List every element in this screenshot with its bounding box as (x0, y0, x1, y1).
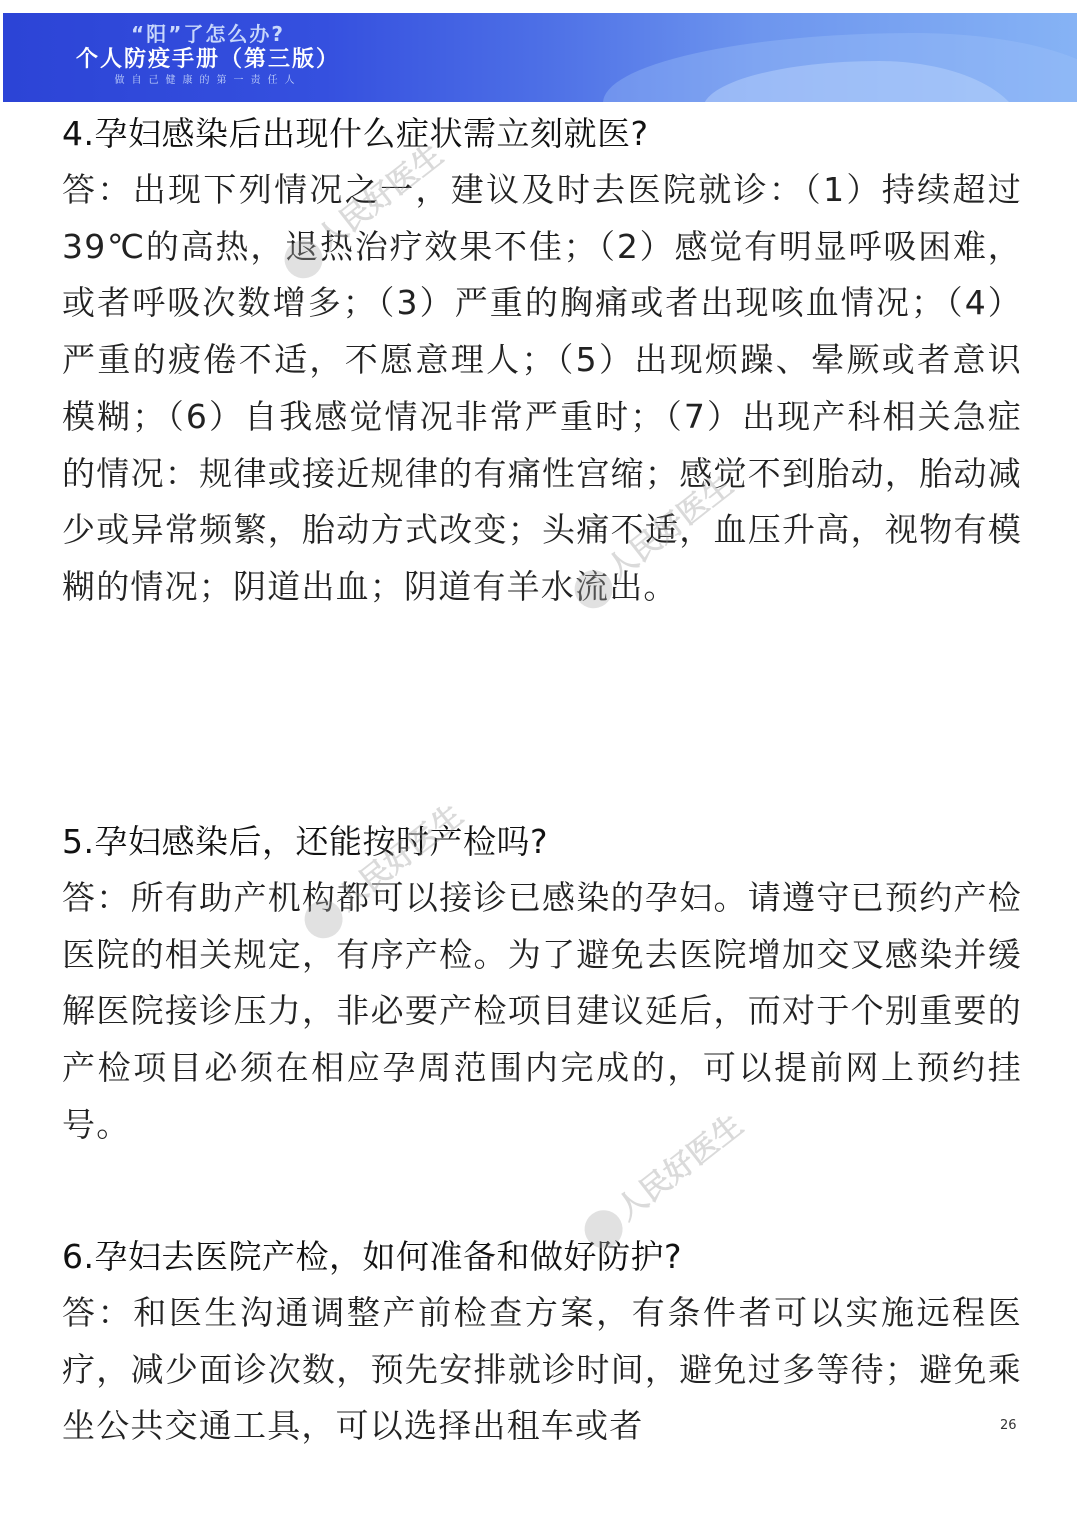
qa-section-4: 4.孕妇感染后出现什么症状需立刻就医? 答：出现下列情况之一，建议及时去医院就诊… (62, 106, 1022, 616)
qa-section-5: 5.孕妇感染后，还能按时产检吗? 答：所有助产机构都可以接诊已感染的孕妇。请遵守… (62, 814, 1022, 1154)
question-title: 5.孕妇感染后，还能按时产检吗? (62, 814, 1022, 870)
banner-text: “阳”了怎么办? 个人防疫手册（第三版） 做自己健康的第一责任人 (58, 13, 358, 88)
banner-title: 个人防疫手册（第三版） (58, 46, 358, 74)
qa-section-6: 6.孕妇去医院产检，如何准备和做好防护? 答：和医生沟通调整产前检查方案，有条件… (62, 1229, 1022, 1455)
banner-slogan: 做自己健康的第一责任人 (58, 74, 358, 88)
header-banner: “阳”了怎么办? 个人防疫手册（第三版） 做自己健康的第一责任人 (3, 13, 1077, 102)
answer-text: 答：和医生沟通调整产前检查方案，有条件者可以实施远程医疗，减少面诊次数，预先安排… (62, 1285, 1022, 1455)
question-title: 6.孕妇去医院产检，如何准备和做好防护? (62, 1229, 1022, 1285)
page-number: 26 (1000, 1418, 1017, 1433)
question-title: 4.孕妇感染后出现什么症状需立刻就医? (62, 106, 1022, 162)
answer-text: 答：所有助产机构都可以接诊已感染的孕妇。请遵守已预约产检医院的相关规定，有序产检… (62, 870, 1022, 1154)
banner-question: “阳”了怎么办? (58, 22, 358, 46)
answer-text: 答：出现下列情况之一，建议及时去医院就诊：（1）持续超过 39℃的高热，退热治疗… (62, 162, 1022, 616)
